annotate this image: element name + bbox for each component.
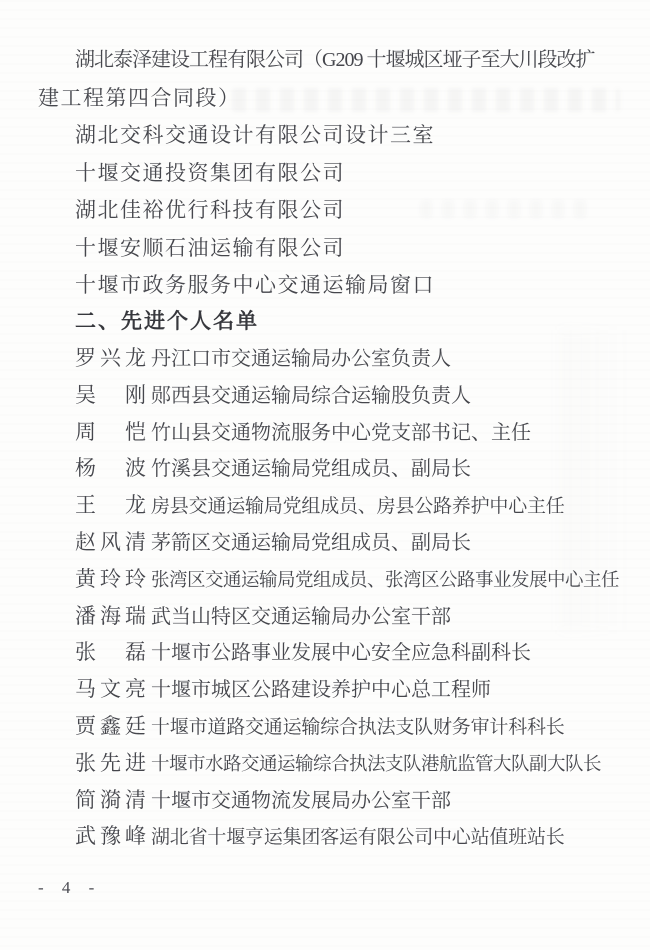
advanced-organizations-list: 湖北泰泽建设工程有限公司（G209 十堰城区垭子至大川段改扩建工程第四合同段）湖…: [38, 42, 642, 305]
person-name: 贾鑫廷: [75, 708, 151, 745]
advanced-individuals-list: 罗兴龙丹江口市交通运输局办公室负责人吴 刚郧西县交通运输局综合运输股负责人周 恺…: [38, 340, 642, 855]
person-name: 张先进: [75, 745, 151, 782]
person-name: 张 磊: [75, 634, 151, 671]
person-name: 罗兴龙: [75, 340, 151, 377]
person-name: 杨 波: [75, 450, 151, 487]
person-title: 十堰市交通物流发展局办公室干部: [151, 783, 451, 820]
person-title: 郧西县交通运输局综合运输股负责人: [151, 378, 471, 415]
person-row: 潘海瑞武当山特区交通运输局办公室干部: [38, 598, 642, 635]
person-row: 简漪清十堰市交通物流发展局办公室干部: [38, 782, 642, 819]
org-line: 十堰安顺石油运输有限公司: [38, 230, 642, 268]
person-name: 黄玲玲: [75, 561, 151, 598]
person-row: 武豫峰湖北省十堰亨运集团客运有限公司中心站值班站长: [38, 818, 642, 855]
person-name: 周 恺: [75, 414, 151, 451]
person-title: 湖北省十堰亨运集团客运有限公司中心站值班站长: [151, 820, 565, 857]
person-title: 茅箭区交通运输局党组成员、副局长: [151, 525, 471, 562]
person-title: 竹山县交通物流服务中心党支部书记、主任: [151, 415, 531, 452]
org-line: 湖北交科交通设计有限公司设计三室: [38, 117, 642, 155]
person-row: 王 龙房县交通运输局党组成员、房县公路养护中心主任: [38, 487, 642, 524]
person-row: 吴 刚郧西县交通运输局综合运输股负责人: [38, 377, 642, 414]
person-row: 杨 波竹溪县交通运输局党组成员、副局长: [38, 450, 642, 487]
org-line: 十堰交通投资集团有限公司: [38, 155, 642, 193]
person-row: 黄玲玲张湾区交通运输局党组成员、张湾区公路事业发展中心主任: [38, 561, 642, 598]
person-row: 张 磊十堰市公路事业发展中心安全应急科副科长: [38, 634, 642, 671]
org-line: 湖北佳裕优行科技有限公司: [38, 192, 642, 230]
person-name: 吴 刚: [75, 377, 151, 414]
person-title: 十堰市水路交通运输综合执法支队港航监管大队副大队长: [151, 747, 601, 784]
person-title: 张湾区交通运输局党组成员、张湾区公路事业发展中心主任: [151, 563, 619, 600]
org-line: 十堰市政务服务中心交通运输局窗口: [38, 267, 642, 305]
person-name: 赵风清: [75, 524, 151, 561]
document-body: 湖北泰泽建设工程有限公司（G209 十堰城区垭子至大川段改扩建工程第四合同段）湖…: [38, 42, 642, 855]
person-name: 武豫峰: [75, 818, 151, 855]
person-row: 罗兴龙丹江口市交通运输局办公室负责人: [38, 340, 642, 377]
person-name: 潘海瑞: [75, 598, 151, 635]
org-line: 建工程第四合同段）: [38, 80, 642, 118]
org-line: 湖北泰泽建设工程有限公司（G209 十堰城区垭子至大川段改扩: [38, 42, 642, 80]
person-name: 王 龙: [75, 487, 151, 524]
person-title: 竹溪县交通运输局党组成员、副局长: [151, 451, 471, 488]
person-title: 房县交通运输局党组成员、房县公路养护中心主任: [151, 489, 565, 526]
section-heading-advanced-individuals: 二、先进个人名单: [38, 303, 642, 341]
scanned-document-page: 湖北泰泽建设工程有限公司（G209 十堰城区垭子至大川段改扩建工程第四合同段）湖…: [0, 0, 650, 950]
person-row: 马文亮十堰市城区公路建设养护中心总工程师: [38, 671, 642, 708]
person-row: 贾鑫廷十堰市道路交通运输综合执法支队财务审计科科长: [38, 708, 642, 745]
person-title: 十堰市道路交通运输综合执法支队财务审计科科长: [151, 710, 565, 747]
person-title: 十堰市公路事业发展中心安全应急科副科长: [151, 635, 531, 672]
person-title: 武当山特区交通运输局办公室干部: [151, 599, 451, 636]
person-row: 张先进十堰市水路交通运输综合执法支队港航监管大队副大队长: [38, 745, 642, 782]
person-title: 丹江口市交通运输局办公室负责人: [151, 341, 451, 378]
person-row: 赵风清茅箭区交通运输局党组成员、副局长: [38, 524, 642, 561]
person-title: 十堰市城区公路建设养护中心总工程师: [151, 672, 491, 709]
person-row: 周 恺竹山县交通物流服务中心党支部书记、主任: [38, 414, 642, 451]
person-name: 马文亮: [75, 671, 151, 708]
page-number: - 4 -: [38, 878, 101, 898]
person-name: 简漪清: [75, 782, 151, 819]
